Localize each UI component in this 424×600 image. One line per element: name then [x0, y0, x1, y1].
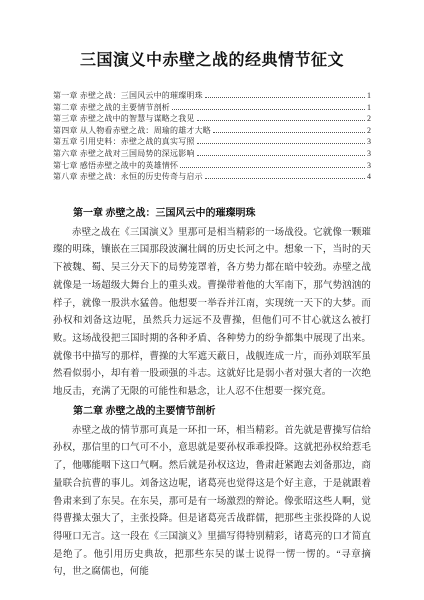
toc-entry-label: 第三章 赤壁之战中的智慧与谋略之我见 — [53, 113, 195, 125]
toc-entry-label: 第七章 感悟赤壁之战中的英雄情怀 — [53, 160, 178, 172]
toc-page-number: 3 — [367, 136, 371, 148]
section-heading: 第一章 赤壁之战：三国风云中的璀璨明珠 — [53, 207, 371, 221]
toc-entry[interactable]: 第七章 感悟赤壁之战中的英雄情怀3 — [53, 160, 371, 172]
toc-dot-leader — [180, 167, 365, 168]
body-paragraph: 赤壁之战在《三国演义》里那可是相当精彩的一场战役。它就像一颗璀璨的明珠，镶嵌在三… — [53, 225, 371, 402]
body-paragraph: 赤壁之战的情节那可真是一环扣一环，相当精彩。首先就是曹操写信给孙权，那信里的口气… — [53, 423, 371, 582]
toc-entry-label: 第八章 赤壁之战：永恒的历史传奇与启示 — [53, 171, 203, 183]
section-heading: 第二章 赤壁之战的主要情节剖析 — [53, 405, 371, 419]
toc-entry[interactable]: 第二章 赤壁之战的主要情节剖析1 — [53, 102, 371, 114]
toc-page-number: 3 — [367, 160, 371, 172]
toc-page-number: 4 — [367, 171, 371, 183]
toc-entry-label: 第五章 引用史料：赤壁之战的真实写照 — [53, 136, 195, 148]
toc-page-number: 3 — [367, 148, 371, 160]
toc-entry-label: 第一章 赤壁之战：三国风云中的璀璨明珠 — [53, 90, 203, 102]
document-page: 三国演义中赤壁之战的经典情节征文 第一章 赤壁之战：三国风云中的璀璨明珠1第二章… — [0, 0, 424, 600]
toc-dot-leader — [205, 178, 365, 179]
toc-page-number: 1 — [367, 102, 371, 114]
toc-dot-leader — [197, 155, 365, 156]
toc-entry[interactable]: 第六章 赤壁之战对三国局势的深远影响3 — [53, 148, 371, 160]
toc-entry[interactable]: 第五章 引用史料：赤壁之战的真实写照3 — [53, 136, 371, 148]
toc-page-number: 2 — [367, 113, 371, 125]
toc-page-number: 1 — [367, 90, 371, 102]
toc-dot-leader — [172, 109, 365, 110]
toc-entry[interactable]: 第四章 从人物看赤壁之战：周瑜的雄才大略2 — [53, 125, 371, 137]
toc-entry-label: 第二章 赤壁之战的主要情节剖析 — [53, 102, 170, 114]
toc-entry[interactable]: 第一章 赤壁之战：三国风云中的璀璨明珠1 — [53, 90, 371, 102]
toc-entry-label: 第六章 赤壁之战对三国局势的深远影响 — [53, 148, 195, 160]
document-body: 第一章 赤壁之战：三国风云中的璀璨明珠赤壁之战在《三国演义》里那可是相当精彩的一… — [53, 207, 371, 582]
page-title: 三国演义中赤壁之战的经典情节征文 — [53, 0, 371, 72]
toc-entry[interactable]: 第三章 赤壁之战中的智慧与谋略之我见2 — [53, 113, 371, 125]
toc-dot-leader — [197, 143, 365, 144]
toc-dot-leader — [197, 120, 365, 121]
toc-dot-leader — [205, 97, 365, 98]
toc-entry[interactable]: 第八章 赤壁之战：永恒的历史传奇与启示4 — [53, 171, 371, 183]
toc-entry-label: 第四章 从人物看赤壁之战：周瑜的雄才大略 — [53, 125, 211, 137]
toc-page-number: 2 — [367, 125, 371, 137]
toc-dot-leader — [213, 132, 365, 133]
table-of-contents: 第一章 赤壁之战：三国风云中的璀璨明珠1第二章 赤壁之战的主要情节剖析1第三章 … — [53, 90, 371, 183]
